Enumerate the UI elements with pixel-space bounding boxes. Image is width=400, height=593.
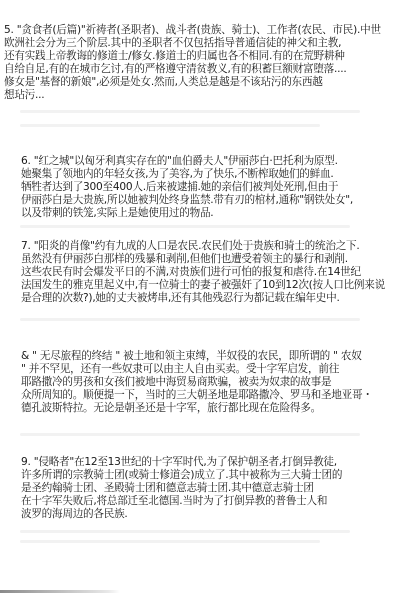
paragraph-9-line-2: 许多所谓的宗教骑士团(或骑士修道会)成立了.其中被称为三大骑士团的: [21, 469, 342, 482]
paragraph-8-line-1: & " 无尽旅程的终结 " 被土地和领主束缚，半奴役的农民，即所谓的 " 农奴: [21, 350, 373, 363]
faint-shadow-text: [20, 530, 350, 533]
faint-shadow-text: [20, 318, 360, 321]
faint-shadow-text: [20, 433, 360, 436]
paragraph-5-line-1: 5. "贪食者(后篇)"祈祷者(圣职者)、战斗者(贵族、骑士)、工作者(农民、市…: [4, 24, 381, 37]
paragraph-7-line-5: 是合理的次数?),她的丈夫被烤串,还有其他残忍行为都记载在编年史中.: [21, 292, 385, 305]
paragraph-5-line-6: 想玷污...: [4, 89, 381, 102]
paragraph-9-line-1: 9. "侵略者"在12至13世纪的十字军时代,为了保护朝圣者,打倒异教徒,: [21, 456, 342, 469]
paragraph-5: 5. "贪食者(后篇)"祈祷者(圣职者)、战斗者(贵族、骑士)、工作者(农民、市…: [4, 24, 381, 102]
paragraph-6-line-1: 6. "红之城"以匈牙利真实存在的"血伯爵夫人"伊丽莎白·巴托利为原型.: [21, 155, 353, 168]
paragraph-6-line-5: 以及带刺的铁笼,实际上是她使用过的物品.: [21, 207, 353, 220]
paragraph-9-line-4: 在十字军失败后,将总部迁至北德国.当时为了打倒异教的普鲁士人和: [21, 495, 342, 508]
paragraph-9-line-3: 是圣约翰骑士团、圣殿骑士团和德意志骑士团.其中德意志骑士团: [21, 482, 342, 495]
paragraph-6-line-3: 牺牲者达到了300至400人.后来被逮捕.她的亲信们被判处死刑,但由于: [21, 181, 353, 194]
paragraph-8-line-5: 德孔波斯特拉。无论是朝圣还是十字军，旅行都比现在危险得多。: [21, 402, 373, 415]
paragraph-7: 7. "阳炎的肖像"约有九成的人口是农民.农民们处于贵族和骑士的统治之下. 虽然…: [21, 240, 385, 305]
faint-shadow-text: [20, 225, 350, 228]
paragraph-6-line-4: 伊丽莎白是大贵族,所以她被判处终身监禁.带有刃的棺材,通称"钢铁处女",: [21, 194, 353, 207]
paragraph-7-line-4: 法国发生的雅克里起义中,有一位骑士的妻子被强奸了10到12次(按人口比例来说: [21, 279, 385, 292]
paragraph-6: 6. "红之城"以匈牙利真实存在的"血伯爵夫人"伊丽莎白·巴托利为原型. 她聚集…: [21, 155, 353, 220]
paragraph-7-line-3: 这些农民有时会爆发平日的不满,对贵族们进行可怕的报复和虐待.在14世纪: [21, 266, 385, 279]
faint-shadow-text: [20, 124, 320, 127]
paragraph-9: 9. "侵略者"在12至13世纪的十字军时代,为了保护朝圣者,打倒异教徒, 许多…: [21, 456, 342, 521]
paragraph-6-line-2: 她聚集了领地内的年轻女孩,为了美容,为了快乐,不断榨取她们的鲜血.: [21, 168, 353, 181]
paragraph-5-line-4: 自给自足,有的在城市乞讨,有的严格遵守清贫教义,有的积蓄巨额财富堕落....: [4, 63, 381, 76]
paragraph-7-line-2: 虽然没有伊丽莎白那样的残暴和剥削,但他们也遭受着领主的暴行和剥削.: [21, 253, 385, 266]
faint-shadow-text: [20, 110, 360, 113]
paragraph-8-line-3: 耶路撒冷的男孩和女孩们被地中海贸易商欺骗，被卖为奴隶的故事是: [21, 376, 373, 389]
paragraph-7-line-1: 7. "阳炎的肖像"约有九成的人口是农民.农民们处于贵族和骑士的统治之下.: [21, 240, 385, 253]
paragraph-8: & " 无尽旅程的终结 " 被土地和领主束缚，半奴役的农民，即所谓的 " 农奴 …: [21, 350, 373, 415]
faint-shadow-text: [20, 540, 320, 543]
paragraph-8-line-2: " 并不罕见，还有一些奴隶可以由主人自由买卖。受十字军启发，前往: [21, 363, 373, 376]
paragraph-9-line-5: 波罗的海周边的各民族.: [21, 508, 342, 521]
paragraph-5-line-3: 还有实践上帝教诲的修道士/修女.修道士的归属也各不相同.有的在荒野耕种: [4, 50, 381, 63]
paragraph-5-line-5: 修女是"基督的新娘",必须是处女.然而,人类总是越是不该玷污的东西越: [4, 76, 381, 89]
paragraph-8-line-4: 众所周知的。顺便提一下，当时的三大朝圣地是耶路撒冷、罗马和圣地亚哥・: [21, 389, 373, 402]
paragraph-5-line-2: 欧洲社会分为三个阶层.其中的圣职者不仅包括指导普通信徒的神父和主教,: [4, 37, 381, 50]
